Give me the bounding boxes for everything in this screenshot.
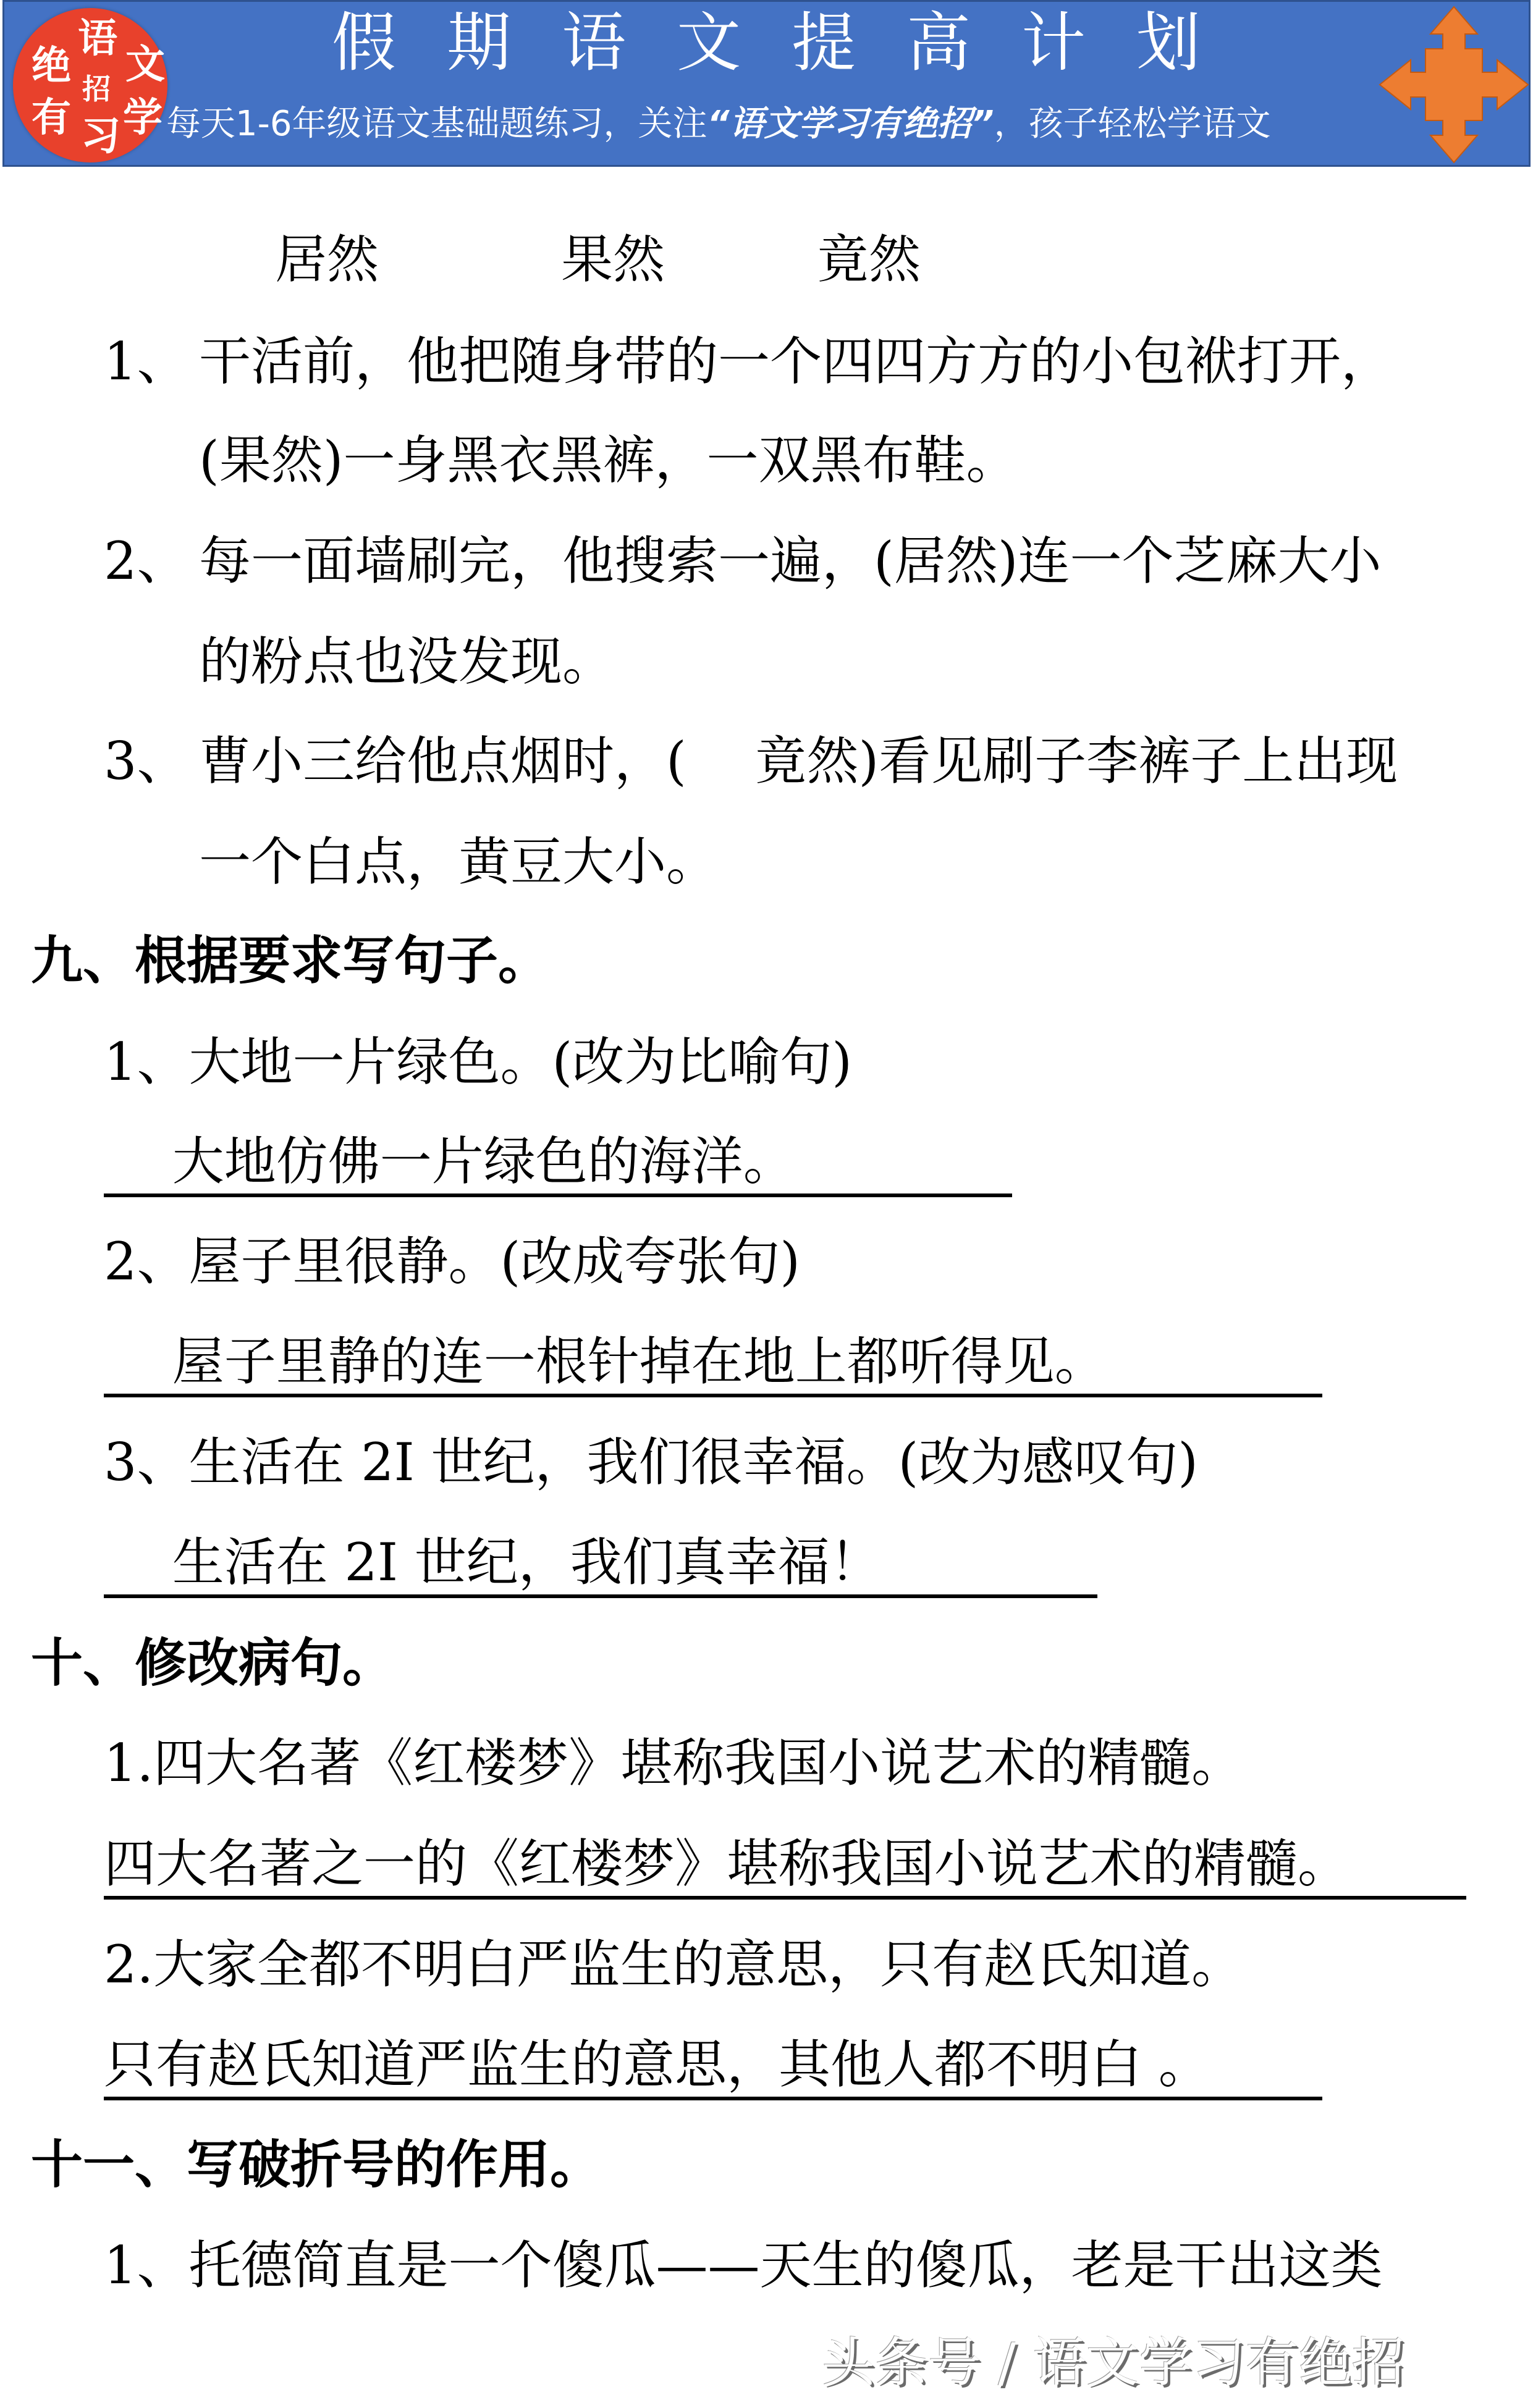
item-text: 曹小三给他点烟时，( 竟然)看见刷子李裤子上出现 (199, 735, 1398, 787)
question-text: 1.四大名著《红楼梦》堪称我国小说艺术的精髓。 (104, 1737, 1243, 1789)
question-text: 2、屋子里很静。(改成夸张句) (104, 1236, 800, 1287)
word-bank-item: 竟然 (817, 234, 921, 285)
subtitle-highlight: “语文学习有绝招” (707, 104, 994, 144)
word-bank-item: 居然 (275, 234, 379, 285)
logo-char: 绝 (32, 46, 71, 86)
item-text: 一个白点，黄豆大小。 (199, 836, 718, 888)
logo-char: 学 (123, 98, 163, 138)
answer-line: 只有赵氏知道严监生的意思，其他人都不明白 。 (104, 2039, 1322, 2100)
section-heading: 十、修改病句。 (31, 1637, 394, 1689)
section-heading: 九、根据要求写句子。 (31, 935, 550, 987)
question-text: 1、大地一片绿色。(改为比喻句) (104, 1036, 852, 1088)
item-text: 1、托德简直是一个傻瓜——天生的傻瓜，老是干出这类 (104, 2239, 1382, 2291)
item-number: 1、 (104, 335, 188, 387)
logo-char: 招 (82, 75, 111, 103)
word-bank-item: 果然 (561, 234, 665, 285)
item-text: 的粉点也没发现。 (199, 636, 614, 688)
item-number: 3、 (104, 735, 188, 787)
question-text: 2.大家全都不明白严监生的意思，只有赵氏知道。 (104, 1939, 1243, 1990)
watermark: 头条号 / 语文学习有绝招 (822, 2320, 1405, 2396)
logo-char: 有 (32, 98, 71, 138)
item-text: (果然)一身黑衣黑裤，一双黑布鞋。 (199, 434, 1018, 486)
logo-char: 文 (125, 45, 165, 85)
answer-line: 屋子里静的连一根针掉在地上都听得见。 (104, 1336, 1322, 1397)
item-text: 干活前，他把随身带的一个四四方方的小包袱打开， (199, 335, 1393, 387)
logo-char: 语 (78, 19, 117, 59)
answer-line: 四大名著之一的《红楼梦》堪称我国小说艺术的精髓。 (104, 1838, 1466, 1900)
item-text: 每一面墙刷完，他搜索一遍，(居然)连一个芝麻大小 (199, 535, 1382, 587)
header-banner: 语 文 绝 招 有 学 习 假期语文提高计划 每天1-6年级语文基础题练习，关注… (2, 0, 1531, 167)
logo-char: 习 (81, 117, 120, 156)
subtitle-prefix: 每天1-6年级语文基础题练习，关注 (166, 104, 707, 144)
answer-line: 生活在 2I 世纪，我们真幸福！ (104, 1536, 1097, 1598)
answer-line: 大地仿佛一片绿色的海洋。 (104, 1135, 1012, 1197)
logo-badge: 语 文 绝 招 有 学 习 (13, 8, 167, 162)
four-way-arrow-icon (1377, 6, 1531, 164)
banner-subtitle: 每天1-6年级语文基础题练习，关注“语文学习有绝招”，孩子轻松学语文 (166, 107, 1271, 141)
question-text: 3、生活在 2I 世纪，我们很幸福。(改为感叹句) (104, 1436, 1198, 1488)
banner-title: 假期语文提高计划 (332, 11, 1251, 75)
section-heading: 十一、写破折号的作用。 (31, 2139, 602, 2191)
item-number: 2、 (104, 535, 188, 587)
subtitle-suffix: ，孩子轻松学语文 (994, 104, 1271, 144)
